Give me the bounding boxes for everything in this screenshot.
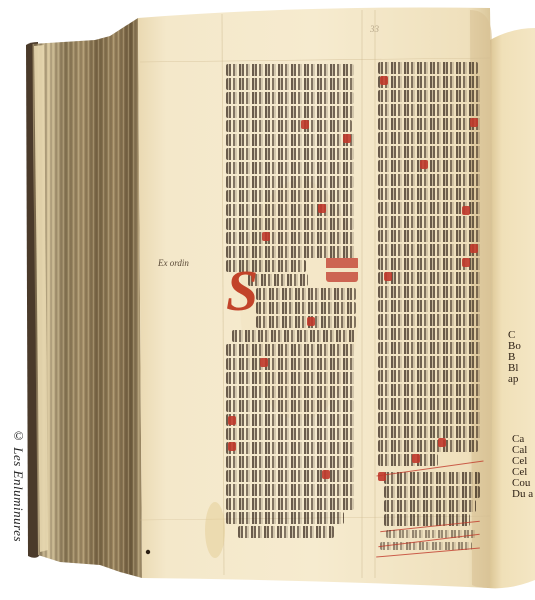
copyright-credit: © Les Enluminures (4, 428, 26, 568)
svg-text:33: 33 (369, 24, 380, 34)
rubric-heading (326, 256, 358, 282)
decorated-initial: S (226, 262, 258, 320)
margin-note: Ex ordin (158, 258, 189, 268)
facing-page-text-upper: C Bo B Bl ap (508, 330, 521, 385)
facing-page-text-lower: Ca Cal Cel Cel Cou Du a (512, 434, 533, 500)
